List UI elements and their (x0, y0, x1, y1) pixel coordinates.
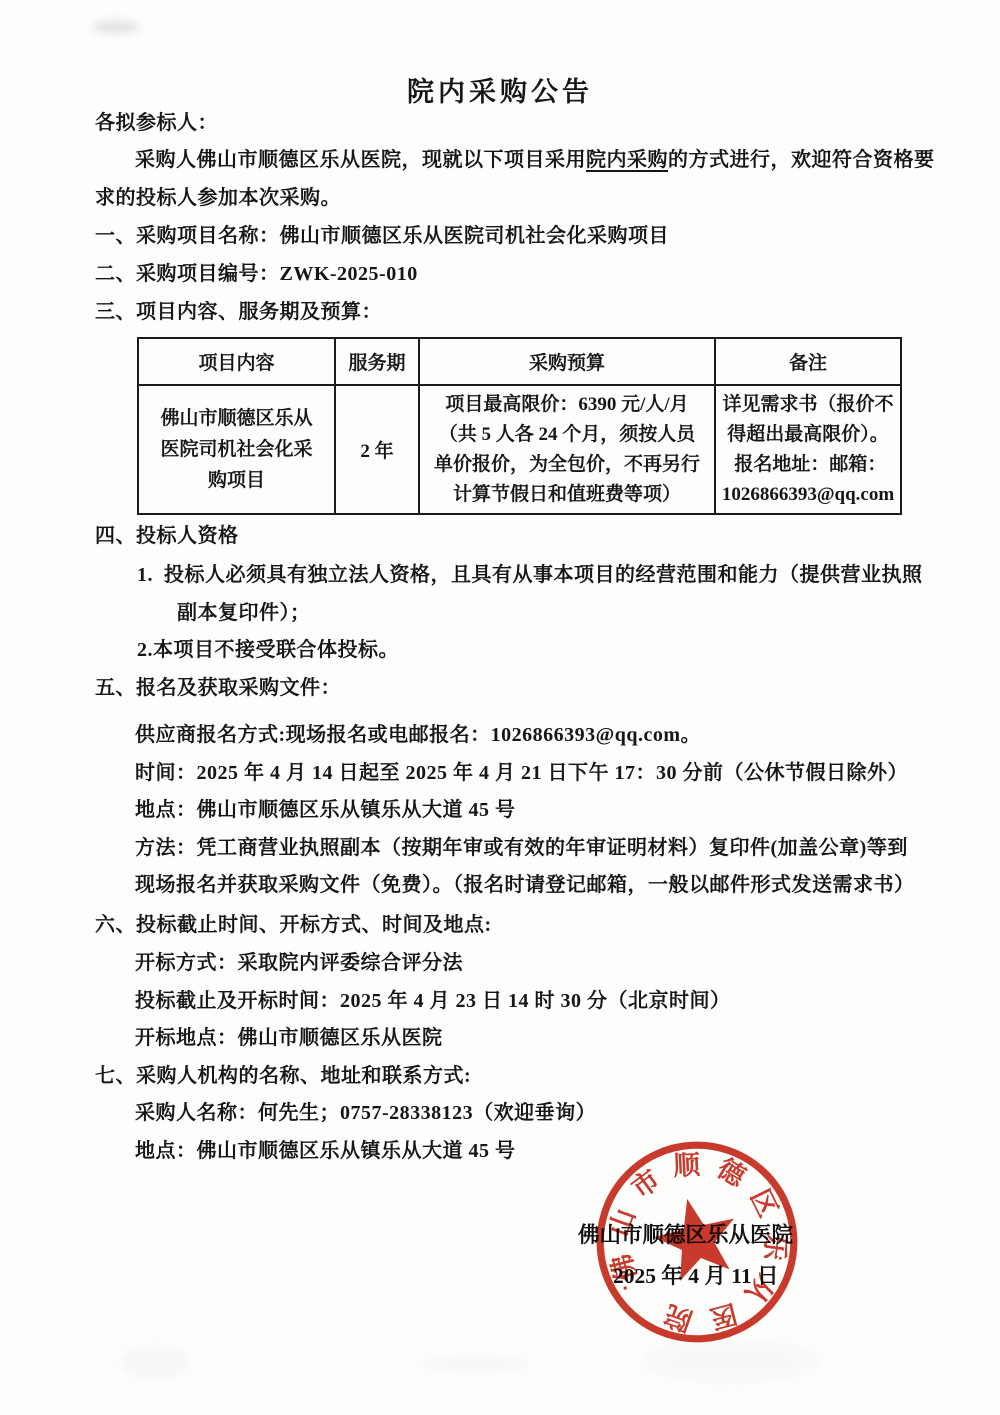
cell-remark: 详见需求书（报价不 得超出最高限价）。 报名地址：邮箱： 1026866393@… (715, 385, 901, 514)
scan-smudge (420, 1355, 530, 1373)
section4-item1-line1: 1. 投标人必须具有独立法人资格，且具有从事本项目的经营范围和能力（提供营业执照 (137, 558, 923, 587)
section7-heading: 七、采购人机构的名称、地址和联系方式: (95, 1059, 471, 1088)
project-table: 项目内容 服务期 采购预算 备注 佛山市顺德区乐从医院司机社会化采购项目 2 年… (137, 337, 902, 515)
header-service-period: 服务期 (335, 338, 419, 385)
section4-item2: 2.本项目不接受联合体投标。 (137, 633, 399, 662)
scan-smudge (92, 20, 140, 34)
section5-registration-line: 供应商报名方式:现场报名或电邮报名：1026866393@qq.com。 (135, 718, 701, 747)
intro-paragraph-line1: 采购人佛山市顺德区乐从医院，现就以下项目采用院内采购的方式进行，欢迎符合资格要 (135, 143, 935, 172)
section5-time-line: 时间：2025 年 4 月 14 日起至 2025 年 4 月 21 日下午 1… (135, 756, 908, 785)
header-remark: 备注 (715, 338, 901, 385)
page-title: 院内采购公告 (0, 70, 1000, 109)
section1-project-name: 一、采购项目名称：佛山市顺德区乐从医院司机社会化采购项目 (95, 219, 669, 248)
section7-address-line: 地点：佛山市顺德区乐从镇乐从大道 45 号 (135, 1134, 516, 1163)
intro-text-pre: 采购人佛山市顺德区乐从医院，现就以下项目采用 (135, 149, 586, 171)
section3-heading: 三、项目内容、服务期及预算： (95, 295, 382, 324)
underlined-phrase: 院内采购 (586, 149, 668, 171)
intro-text-post: 的方式进行，欢迎符合资格要 (668, 149, 935, 171)
section6-heading: 六、投标截止时间、开标方式、时间及地点: (95, 908, 492, 937)
header-budget: 采购预算 (419, 338, 715, 385)
scan-smudge (120, 1345, 190, 1379)
section4-heading: 四、投标人资格 (95, 519, 239, 548)
cell-project-content: 佛山市顺德区乐从医院司机社会化采购项目 (138, 385, 335, 514)
seal-star-icon (647, 1190, 745, 1285)
header-project-content: 项目内容 (138, 338, 335, 385)
seal-speck (623, 1286, 626, 1289)
section5-heading: 五、报名及获取采购文件： (95, 671, 341, 700)
official-seal-stamp: 佛山市顺德区乐从医院 (589, 1134, 805, 1350)
section5-method-line1: 方法：凭工商营业执照副本（按期年审或有效的年审证明材料）复印件(加盖公章)等到 (135, 831, 908, 860)
intro-paragraph-line2: 求的投标人参加本次采购。 (95, 181, 341, 210)
cell-service-period: 2 年 (335, 385, 419, 514)
cell-budget: 项目最高限价：6390 元/人/月 （共 5 人各 24 个月，须按人员 单价报… (419, 385, 715, 514)
section2-project-number: 二、采购项目编号：ZWK-2025-010 (95, 257, 418, 286)
table-header-row: 项目内容 服务期 采购预算 备注 (138, 338, 901, 385)
greeting-line: 各拟参标人： (95, 106, 218, 135)
section6-venue-line: 开标地点：佛山市顺德区乐从医院 (135, 1021, 443, 1050)
procurement-announcement-document: 院内采购公告 各拟参标人： 采购人佛山市顺德区乐从医院，现就以下项目采用院内采购… (0, 0, 1000, 1415)
section6-deadline-line: 投标截止及开标时间：2025 年 4 月 23 日 14 时 30 分（北京时间… (135, 984, 731, 1013)
section7-contact-line: 采购人名称：何先生；0757-28338123（欢迎垂询） (135, 1096, 596, 1125)
table-row: 佛山市顺德区乐从医院司机社会化采购项目 2 年 项目最高限价：6390 元/人/… (138, 385, 901, 514)
section5-location-line: 地点：佛山市顺德区乐从镇乐从大道 45 号 (135, 793, 516, 822)
section5-method-line2: 现场报名并获取采购文件（免费）。（报名时请登记邮箱，一般以邮件形式发送需求书） (135, 868, 915, 897)
section6-method-line: 开标方式：采取院内评委综合评分法 (135, 946, 463, 975)
section4-item1-line2: 副本复印件）； (177, 596, 311, 625)
